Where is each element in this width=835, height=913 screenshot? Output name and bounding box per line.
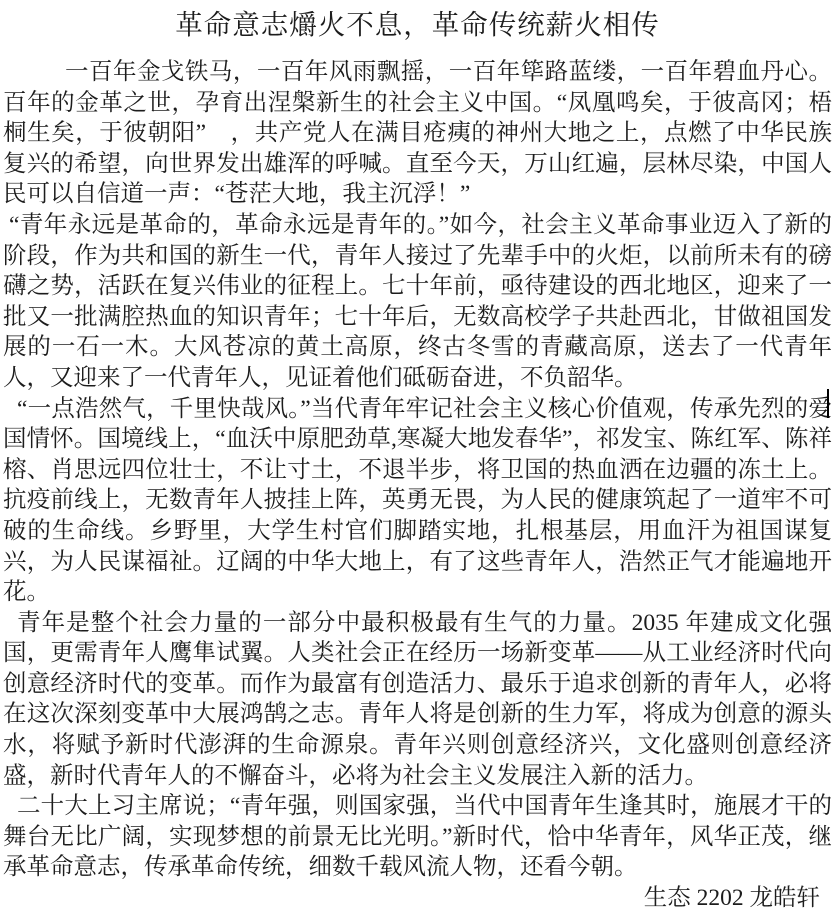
document-title: 革命意志爝火不息，革命传统薪火相传 xyxy=(3,8,832,42)
author-signature: 生态 2202 龙皓轩 xyxy=(3,883,832,913)
paragraph-4: 青年是整个社会力量的一部分中最积极最有生气的力量。2035 年建成文化强国，更需… xyxy=(3,608,832,792)
document-page[interactable]: 革命意志爝火不息，革命传统薪火相传 一百年金戈铁马，一百年风雨飘摇，一百年筚路蓝… xyxy=(0,0,835,913)
paragraph-1: 一百年金戈铁马，一百年风雨飘摇，一百年筚路蓝缕，一百年碧血丹心。百年的金革之世，… xyxy=(3,57,832,210)
paragraph-3: “一点浩然气，千里快哉风。”当代青年牢记社会主义核心价值观，传承先烈的爱国情怀。… xyxy=(3,394,832,608)
paragraph-2: “青年永远是革命的，革命永远是青年的。”如今，社会主义革命事业迈入了新的阶段，作… xyxy=(3,210,832,394)
text-cursor xyxy=(827,389,829,418)
paragraph-5: 二十大上习主席说；“青年强，则国家强，当代中国青年生逢其时，施展才干的舞台无比广… xyxy=(3,791,832,883)
